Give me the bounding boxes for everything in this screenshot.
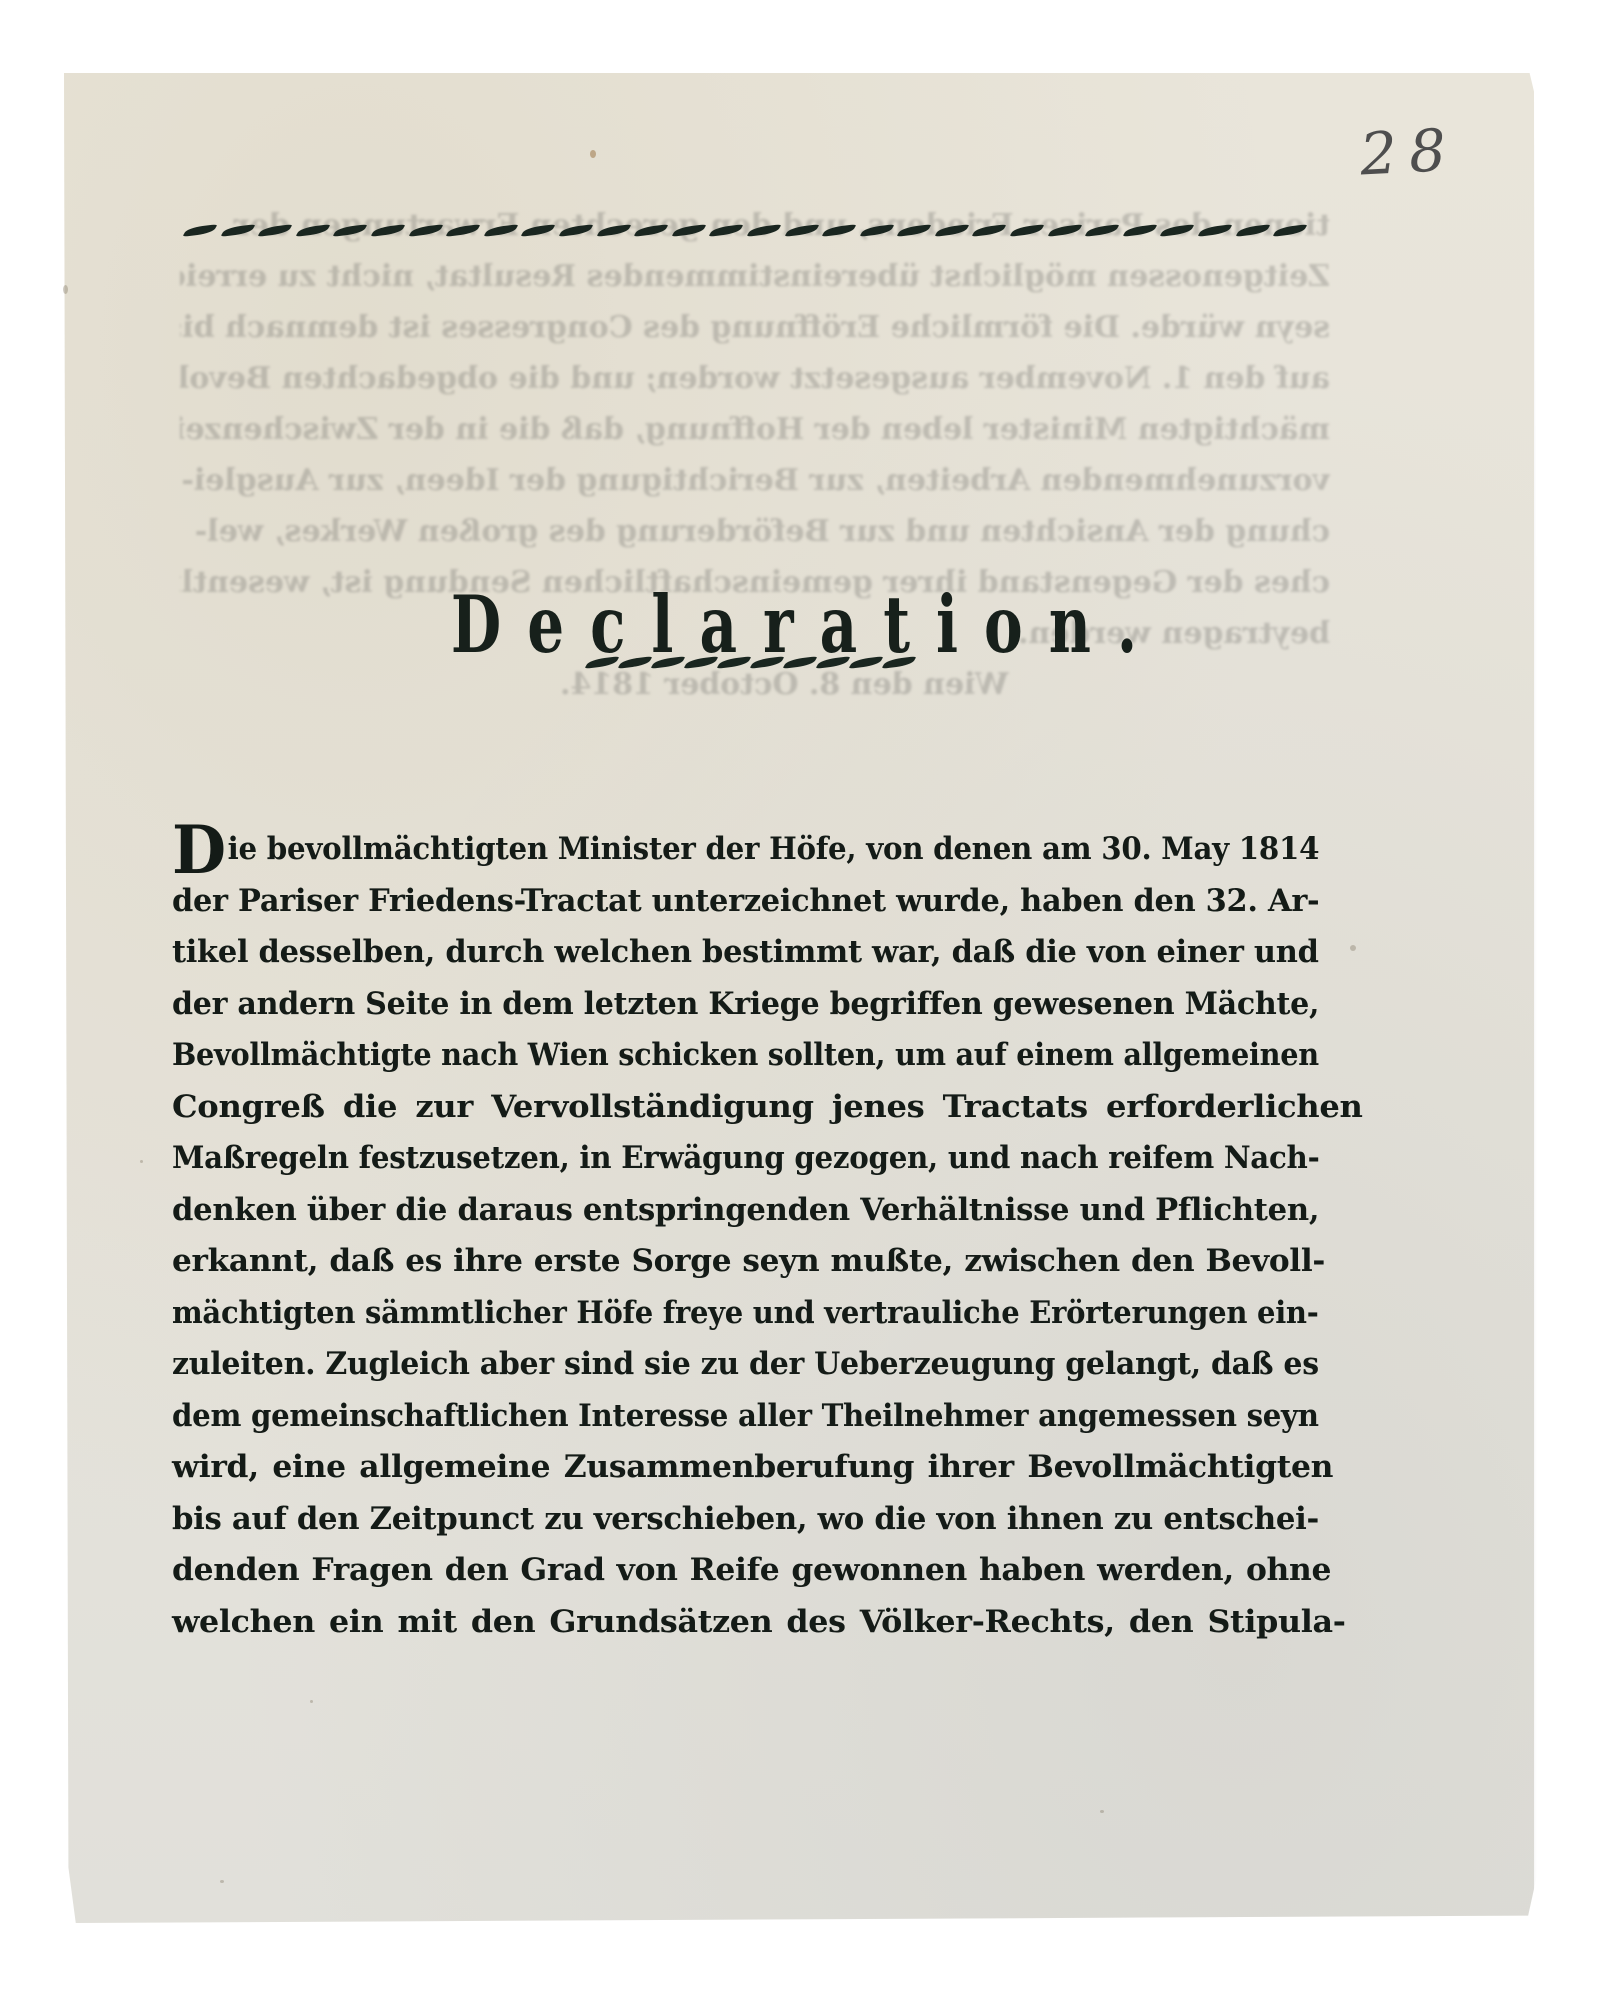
paper-speck <box>1350 945 1356 951</box>
body-line: zuleiten. Zugleich aber sind sie zu der … <box>172 1339 1281 1391</box>
body-line: Die bevollmächtigten Minister der Höfe, … <box>172 824 1256 876</box>
handwritten-page-number: 28 <box>1358 115 1459 188</box>
body-line: welchen ein mit den Grundsätzen des Völk… <box>172 1597 1346 1649</box>
paper-speck <box>220 1880 224 1883</box>
body-line: tikel desselben, durch welchen bestimmt … <box>172 927 1299 979</box>
paper-speck <box>310 1700 313 1703</box>
body-line: erkannt, daß es ihre erste Sorge seyn mu… <box>172 1236 1325 1288</box>
body-line: denken über die daraus entspringenden Ve… <box>172 1185 1306 1237</box>
bleed-line: mächtigten Minister leben der Hoffnung, … <box>180 404 1330 455</box>
body-line: der Pariser Friedens-Tractat unterzeichn… <box>172 876 1297 928</box>
paper-speck <box>63 285 68 294</box>
bleed-line: vorzunehmenden Arbeiten, zur Berichtigun… <box>180 455 1330 506</box>
body-line: denden Fragen den Grad von Reife gewonne… <box>172 1545 1331 1597</box>
body-line: Bevollmächtigte nach Wien schicken sollt… <box>172 1030 1236 1082</box>
bleed-line: auf den 1. November ausgesetzt worden; u… <box>180 353 1330 404</box>
bleed-line: chung der Ansichten und zur Beförderung … <box>180 506 1330 557</box>
paper-speck <box>1100 1810 1104 1813</box>
body-line: bis auf den Zeitpunct zu verschieben, wo… <box>172 1494 1308 1546</box>
body-line: mächtigten sämmtlicher Höfe freye und ve… <box>172 1288 1246 1340</box>
paper-speck <box>140 1160 143 1163</box>
paper-speck <box>590 150 596 158</box>
title-ornamental-rule <box>588 655 918 669</box>
top-ornamental-rule <box>186 223 1331 237</box>
bleed-line: Zeitgenossen möglichst übereinstimmendes… <box>180 251 1330 302</box>
body-line: dem gemeinschaftlichen Interesse aller T… <box>172 1391 1253 1443</box>
bleed-line: seyn würde. Die förmliche Eröffnung des … <box>180 302 1330 353</box>
body-line: wird, eine allgemeine Zusammenberufung i… <box>172 1442 1333 1494</box>
body-line: Maßregeln festzusetzen, in Erwägung gezo… <box>172 1133 1256 1185</box>
body-line: der andern Seite in dem letzten Kriege b… <box>172 979 1286 1031</box>
body-line: Congreß die zur Vervollständigung jenes … <box>172 1082 1363 1134</box>
declaration-body: Die bevollmächtigten Minister der Höfe, … <box>172 824 1319 1648</box>
